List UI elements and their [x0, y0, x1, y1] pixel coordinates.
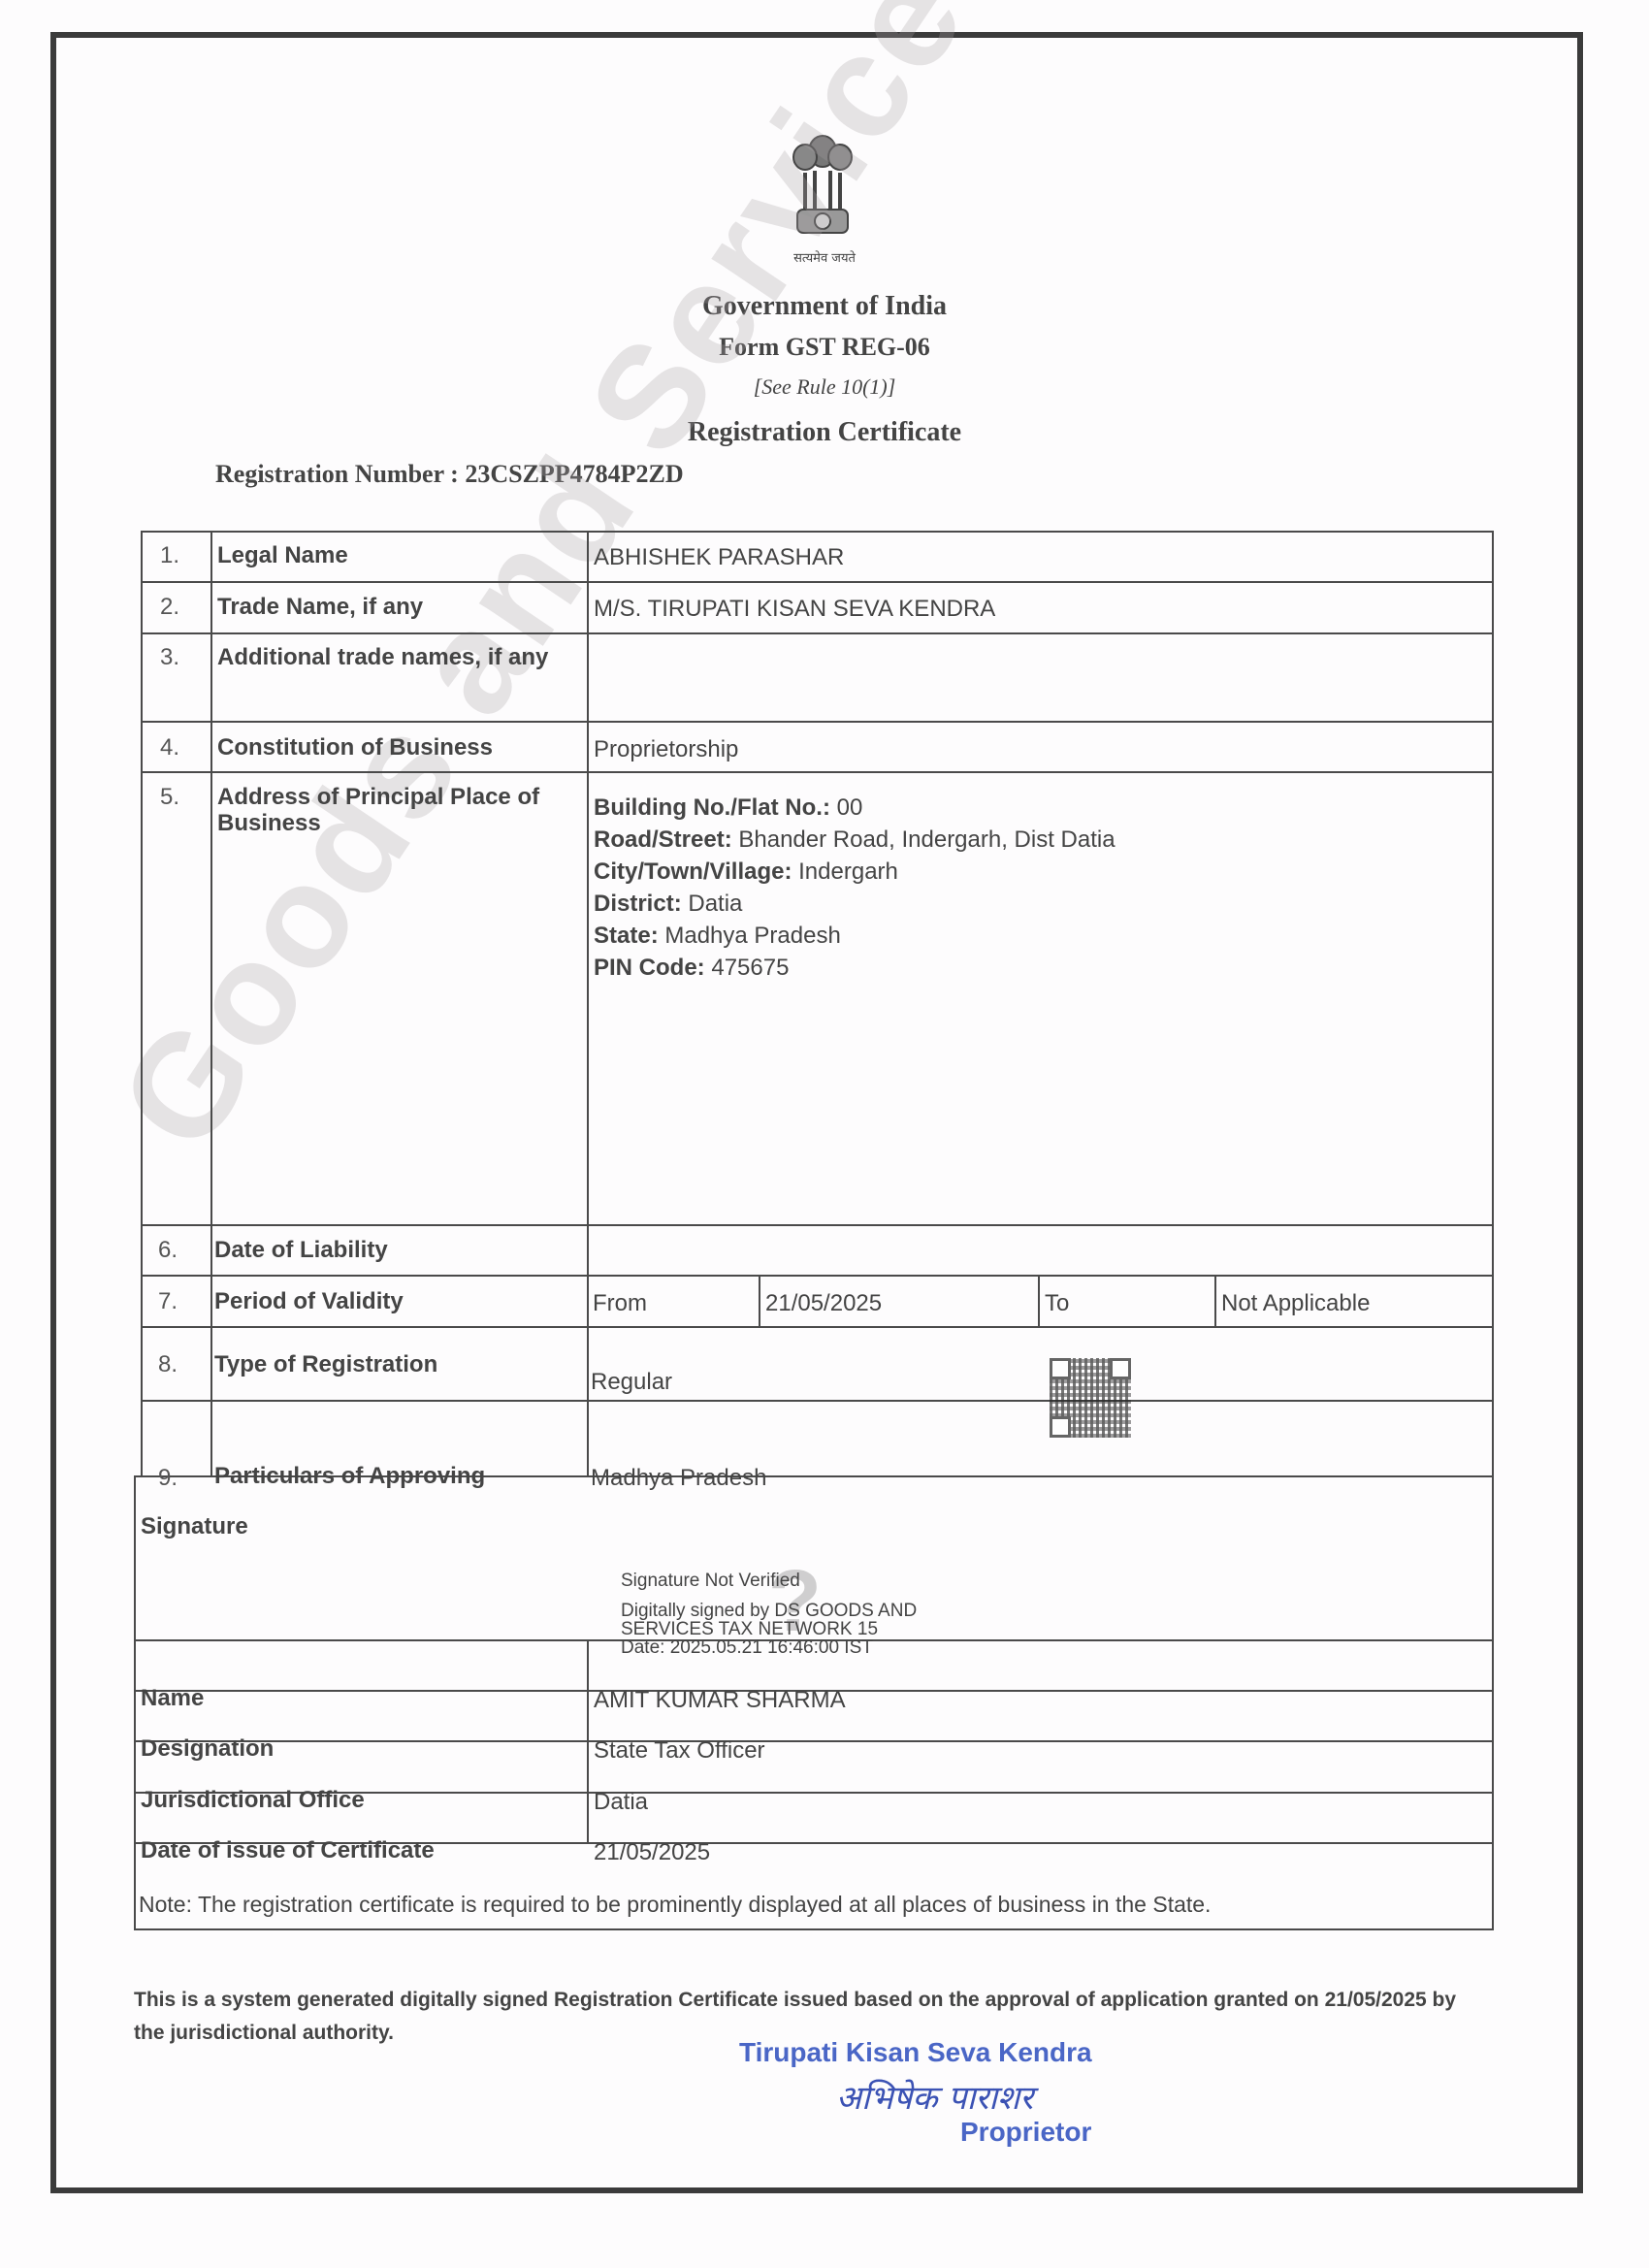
qr-code: [1050, 1358, 1131, 1438]
address-state: State: Madhya Pradesh: [594, 920, 1115, 952]
label-officer-name: Name: [141, 1685, 204, 1712]
address-building: Building No./Flat No.: 00: [594, 792, 1115, 824]
label-trade-name: Trade Name, if any: [217, 594, 423, 621]
form-title: Form GST REG-06: [0, 333, 1649, 362]
address-road: Road/Street: Bhander Road, Indergarh, Di…: [594, 824, 1115, 856]
certificate-title: Registration Certificate: [0, 417, 1649, 448]
row-number: 8.: [158, 1351, 178, 1378]
value-trade-name: M/S. TIRUPATI KISAN SEVA KENDRA: [594, 596, 995, 623]
value-jurisdictional-office: Datia: [594, 1789, 648, 1816]
stamp-role: Proprietor: [960, 2117, 1091, 2148]
label-particulars-of-approving: Particulars of Approving: [214, 1463, 485, 1490]
row-number: 7.: [158, 1288, 178, 1315]
signature-label: Signature: [141, 1513, 248, 1540]
signature-date: Date: 2025.05.21 16:46:00 IST: [621, 1638, 917, 1657]
note: Note: The registration certificate is re…: [139, 1892, 1211, 1918]
validity-from-label: From: [593, 1290, 647, 1317]
value-officer-name: AMIT KUMAR SHARMA: [594, 1687, 846, 1714]
signed-by-line1: Digitally signed by DS GOODS AND: [621, 1602, 917, 1620]
label-date-of-liability: Date of Liability: [214, 1237, 388, 1264]
label-jurisdictional-office: Jurisdictional Office: [141, 1787, 365, 1814]
label-date-of-issue: Date of issue of Certificate: [141, 1837, 435, 1864]
label-type-of-registration: Type of Registration: [214, 1351, 437, 1378]
row-number: 2.: [160, 594, 179, 621]
stamp-business-name: Tirupati Kisan Seva Kendra: [739, 2037, 1092, 2068]
validity-to-label: To: [1045, 1290, 1069, 1317]
value-constitution: Proprietorship: [594, 736, 738, 763]
label-period-of-validity: Period of Validity: [214, 1288, 404, 1315]
label-additional-trade-names: Additional trade names, if any: [217, 644, 576, 670]
label-legal-name: Legal Name: [217, 542, 348, 569]
address-city: City/Town/Village: Indergarh: [594, 856, 1115, 888]
value-date-of-issue: 21/05/2025: [594, 1839, 710, 1866]
row-number: 3.: [160, 644, 179, 671]
address-pin: PIN Code: 475675: [594, 952, 1115, 984]
row-number: 4.: [160, 734, 179, 761]
validity-from-date: 21/05/2025: [765, 1290, 882, 1317]
value-address: Building No./Flat No.: 00 Road/Street: B…: [594, 792, 1115, 984]
value-particulars-of-approving: Madhya Pradesh: [591, 1465, 766, 1492]
address-district: District: Datia: [594, 888, 1115, 920]
label-address: Address of Principal Place of Business: [217, 784, 586, 836]
label-designation: Designation: [141, 1735, 274, 1763]
signed-by-line2: SERVICES TAX NETWORK 15: [621, 1620, 917, 1638]
validity-to-date: Not Applicable: [1221, 1290, 1370, 1317]
value-designation: State Tax Officer: [594, 1737, 765, 1765]
row-number: 6.: [158, 1237, 178, 1264]
value-type-of-registration: Regular: [591, 1369, 672, 1396]
value-legal-name: ABHISHEK PARASHAR: [594, 544, 844, 571]
row-number: 1.: [160, 542, 179, 569]
row-number: 5.: [160, 784, 179, 811]
digital-signature: Signature Not Verified Digitally signed …: [621, 1571, 917, 1657]
government-title: Government of India: [0, 291, 1649, 322]
row-number: 9.: [158, 1465, 178, 1492]
signature-status: Signature Not Verified: [621, 1571, 917, 1590]
handwritten-signature: अभिषेक पाराशर: [836, 2074, 1033, 2119]
rule-reference: [See Rule 10(1)]: [0, 374, 1649, 400]
registration-number-label: Registration Number :: [215, 460, 459, 488]
label-constitution: Constitution of Business: [217, 734, 493, 761]
